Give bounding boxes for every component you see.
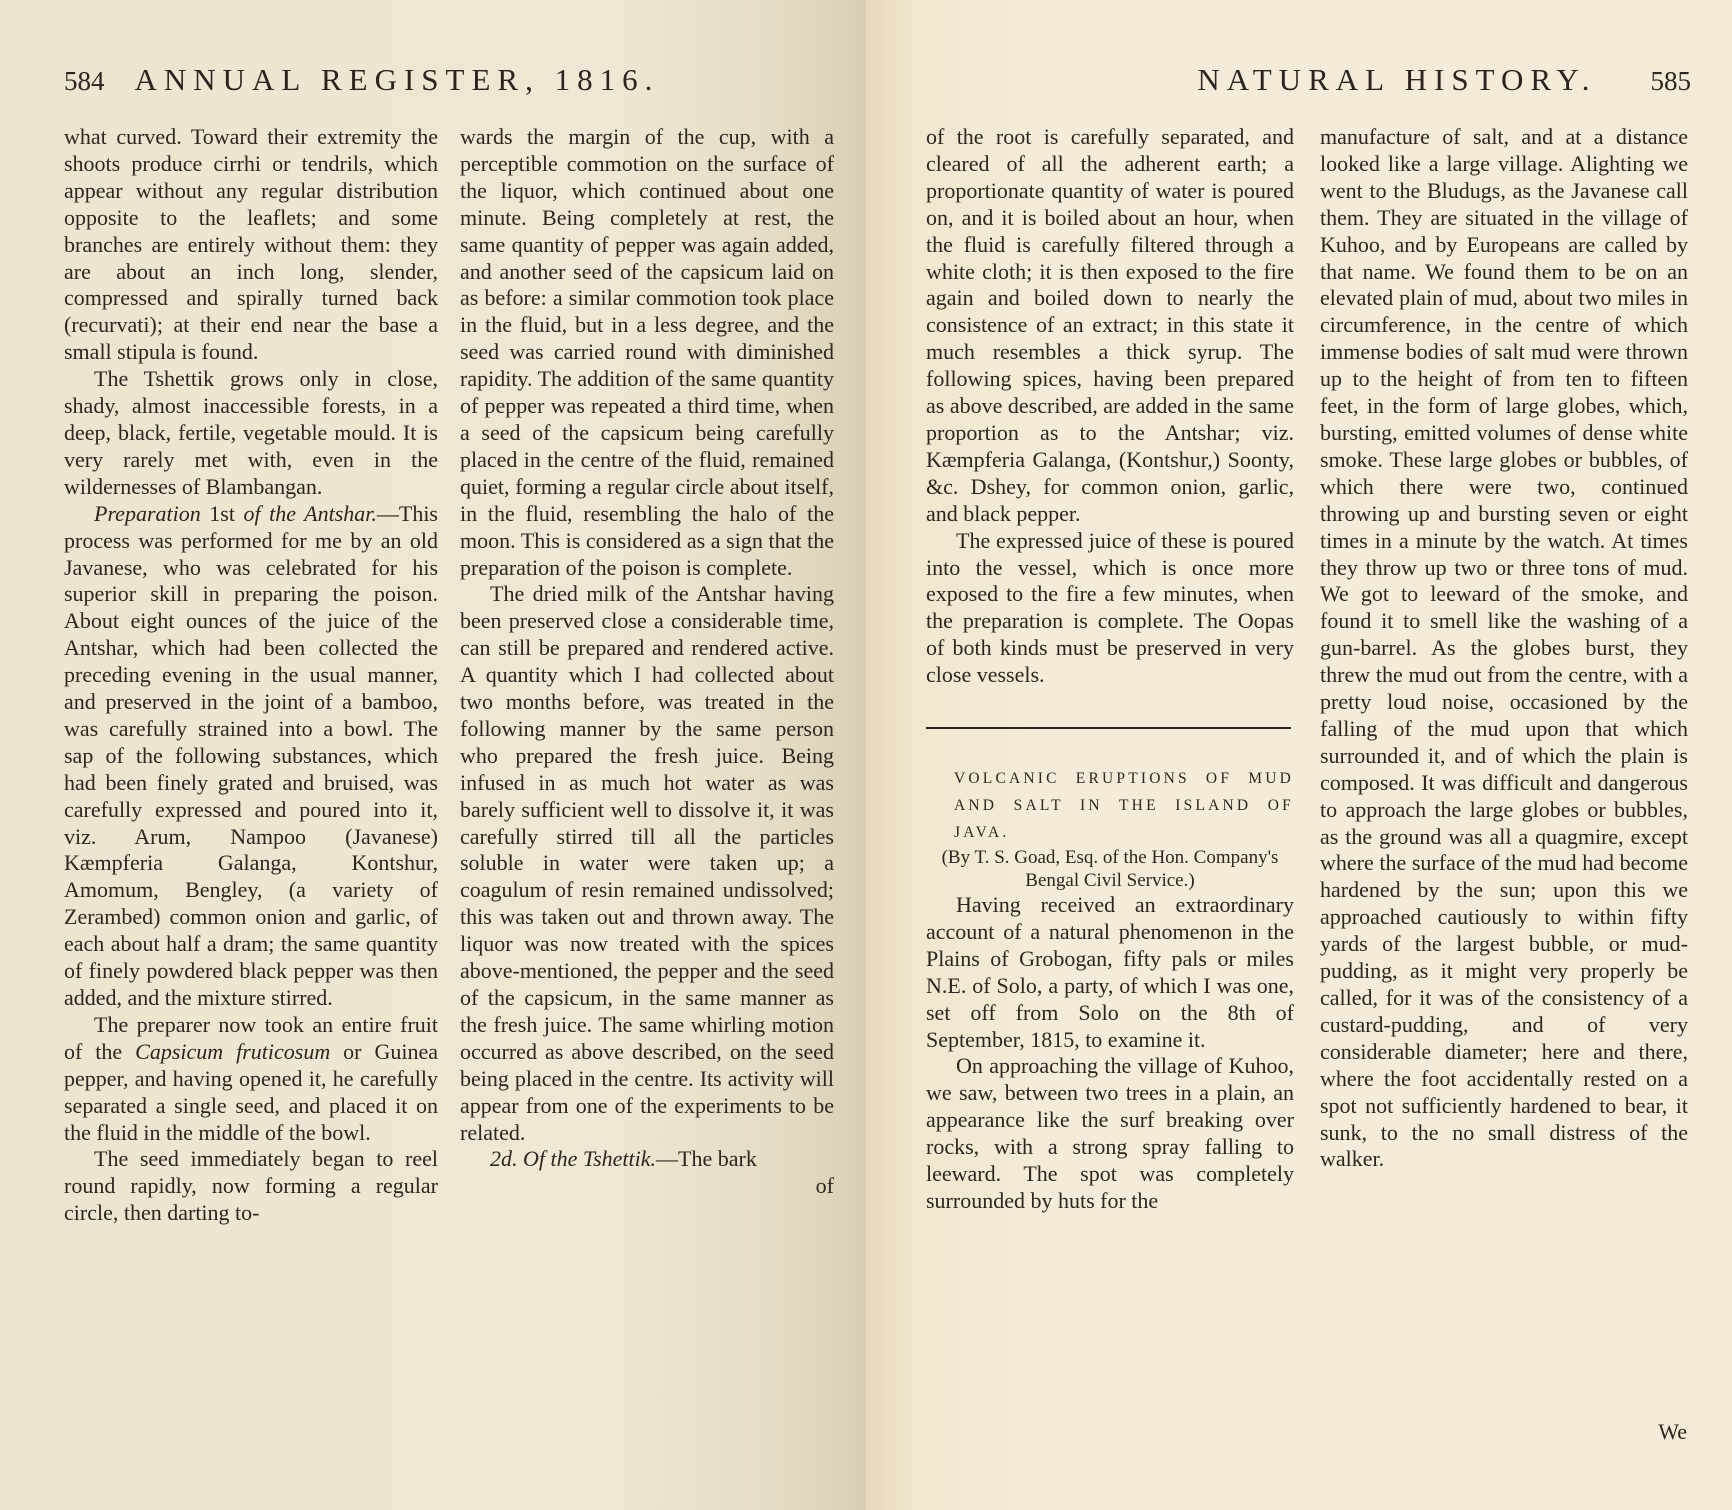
italic-species: Capsicum fruticosum: [135, 1039, 330, 1064]
paragraph: The dried milk of the Antshar having bee…: [460, 581, 834, 1146]
page-number: 584: [64, 66, 105, 97]
catchword: We: [1658, 1419, 1687, 1445]
paragraph: The expressed juice of these is poured i…: [926, 528, 1294, 689]
catchword: of: [460, 1173, 834, 1200]
left-page: 584 ANNUAL REGISTER, 1816. what curved. …: [0, 0, 866, 1510]
paragraph: Having received an extraordinary account…: [926, 892, 1294, 1053]
paragraph: The Tshettik grows only in close, shady,…: [64, 366, 438, 501]
paragraph: what curved. Toward their extremity the …: [64, 124, 438, 366]
paragraph: On approaching the village of Kuhoo, we …: [926, 1053, 1294, 1214]
left-running-head: 584 ANNUAL REGISTER, 1816.: [64, 62, 834, 112]
paragraph-text: —This process was performed for me by an…: [64, 501, 438, 1010]
left-columns: what curved. Toward their extremity the …: [64, 124, 834, 1227]
left-column-1: what curved. Toward their extremity the …: [64, 124, 438, 1227]
book-spread: 584 ANNUAL REGISTER, 1816. what curved. …: [0, 0, 1732, 1510]
paragraph: The seed immediately began to reel round…: [64, 1146, 438, 1227]
right-columns: of the root is carefully separated, and …: [926, 124, 1688, 1215]
paragraph: Preparation 1st of the Antshar.—This pro…: [64, 501, 438, 1012]
paragraph: of the root is carefully separated, and …: [926, 124, 1294, 528]
section-divider: [926, 727, 1291, 729]
italic-heading: 2d. Of the Tshettik.: [490, 1146, 656, 1171]
italic-heading: Preparation: [94, 501, 201, 526]
running-head-title: ANNUAL REGISTER, 1816.: [135, 62, 660, 98]
article-byline: (By T. S. Goad, Esq. of the Hon. Company…: [926, 846, 1294, 892]
paragraph: manufacture of salt, and at a distance l…: [1320, 124, 1688, 1173]
left-column-2: wards the margin of the cup, with a perc…: [460, 124, 834, 1227]
paragraph: 2d. Of the Tshettik.—The bark: [460, 1146, 834, 1173]
right-column-1: of the root is carefully separated, and …: [926, 124, 1294, 1215]
running-head-title: NATURAL HISTORY.: [1197, 62, 1596, 98]
page-number: 585: [1651, 66, 1692, 97]
paragraph: wards the margin of the cup, with a perc…: [460, 124, 834, 581]
right-running-head: NATURAL HISTORY. 585: [946, 62, 1691, 112]
right-column-2: manufacture of salt, and at a distance l…: [1320, 124, 1688, 1215]
paragraph-text: —The bark: [656, 1146, 757, 1171]
right-page: NATURAL HISTORY. 585 of the root is care…: [866, 0, 1732, 1510]
heading-ordinal: 1st: [201, 501, 244, 526]
article-title: Volcanic Eruptions of Mud and Salt in th…: [926, 765, 1294, 846]
paragraph: The preparer now took an entire fruit of…: [64, 1012, 438, 1147]
italic-heading: of the Antshar.: [243, 501, 376, 526]
